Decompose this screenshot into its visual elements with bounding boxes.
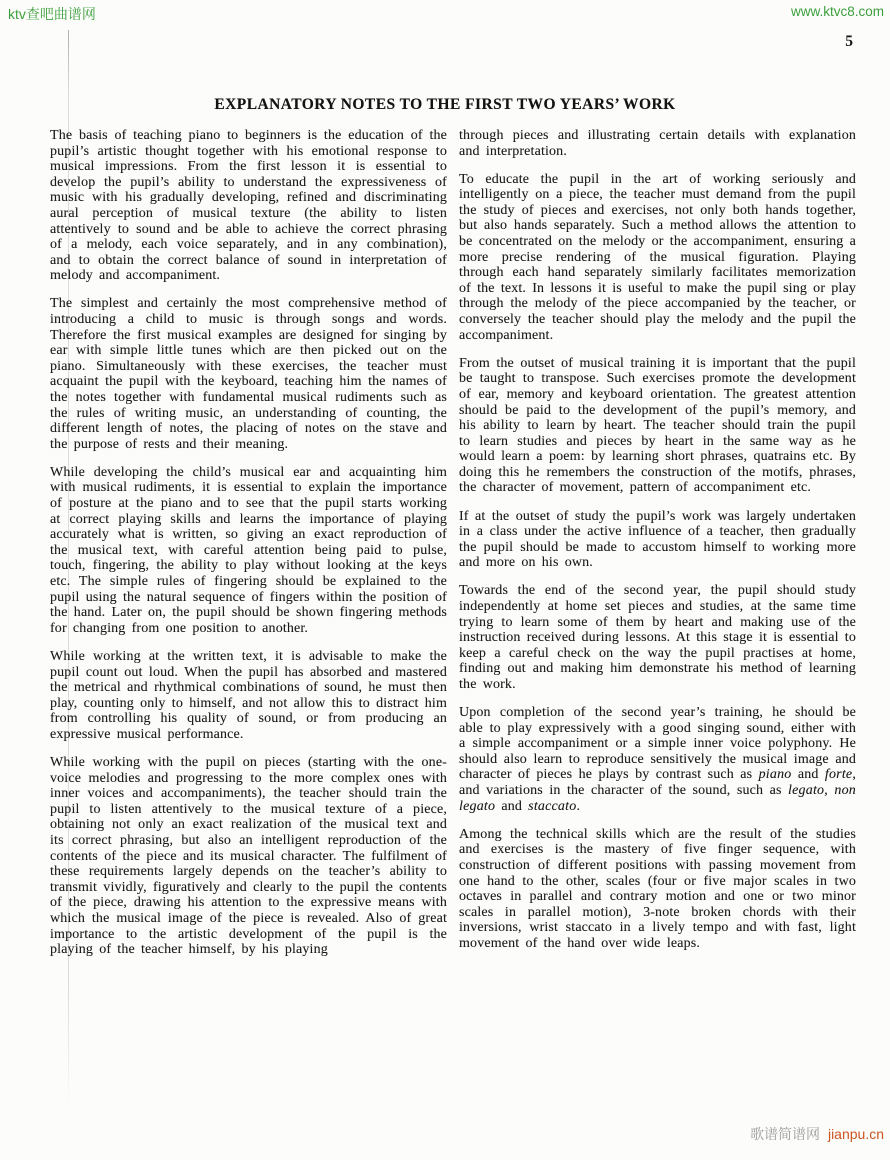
paragraph: While working with the pupil on pieces (… xyxy=(50,755,447,958)
scanned-document-page: ktv查吧曲谱网 www.ktvc8.com 5 EXPLANATORY NOT… xyxy=(0,0,890,1160)
watermark-top-right: www.ktvc8.com xyxy=(791,4,884,19)
paragraph: through pieces and illustrating certain … xyxy=(459,128,856,159)
watermark-bottom-right: 歌谱简谱网 jianpu.cn xyxy=(750,1124,884,1144)
left-column: The basis of teaching piano to beginners… xyxy=(50,128,447,970)
paragraph: From the outset of musical training it i… xyxy=(459,356,856,496)
right-column: through pieces and illustrating certain … xyxy=(459,128,856,970)
two-column-text: The basis of teaching piano to beginners… xyxy=(50,128,856,970)
paragraph: While working at the written text, it is… xyxy=(50,649,447,743)
paragraph: To educate the pupil in the art of worki… xyxy=(459,172,856,344)
page-title: EXPLANATORY NOTES TO THE FIRST TWO YEARS… xyxy=(0,96,890,114)
watermark-top-left: ktv查吧曲谱网 xyxy=(8,4,96,24)
paragraph: The basis of teaching piano to beginners… xyxy=(50,128,447,284)
page-number: 5 xyxy=(845,33,853,51)
paragraph: Upon completion of the second year’s tra… xyxy=(459,705,856,814)
watermark-domain: jianpu.cn xyxy=(828,1126,884,1142)
paragraph: While developing the child’s musical ear… xyxy=(50,465,447,637)
paragraph: If at the outset of study the pupil’s wo… xyxy=(459,509,856,571)
paragraph: Towards the end of the second year, the … xyxy=(459,583,856,692)
watermark-site-name: 歌谱简谱网 xyxy=(750,1126,820,1142)
paragraph: Among the technical skills which are the… xyxy=(459,827,856,952)
paragraph: The simplest and certainly the most comp… xyxy=(50,296,447,452)
